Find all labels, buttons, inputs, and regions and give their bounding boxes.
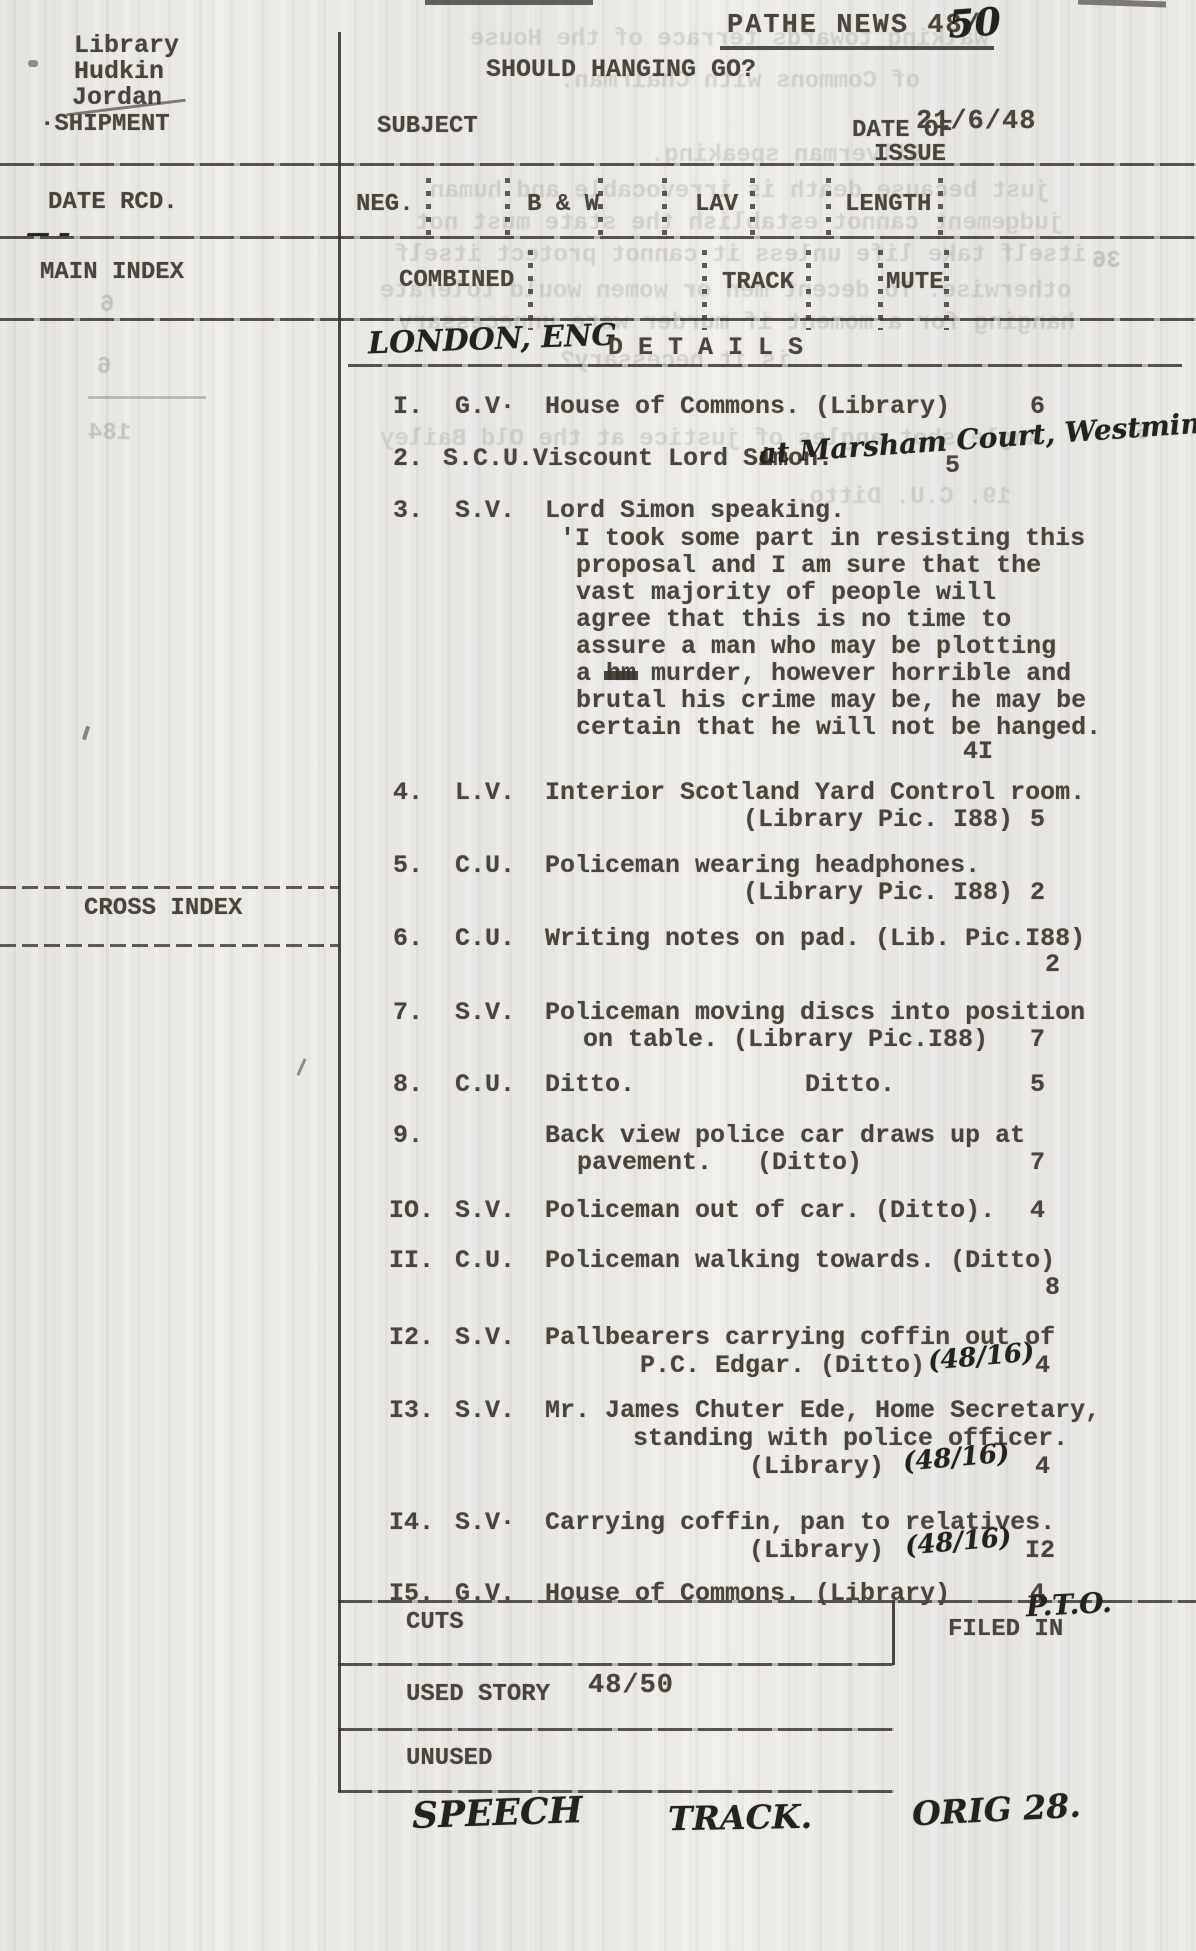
shot-length: 8: [1045, 1274, 1060, 1302]
tally-dots: [878, 250, 883, 330]
quote-line: vast majority of people will: [576, 579, 996, 607]
shot-number: I4.: [389, 1509, 434, 1537]
shot-description: Ditto.: [545, 1071, 635, 1099]
shot-code: S.V.: [455, 1197, 515, 1225]
track-note-handwritten: TRACK.: [668, 1797, 813, 1839]
ghost-dash: [88, 396, 206, 399]
shot-code: S.V.: [455, 497, 515, 525]
shot-length: 4: [1030, 1197, 1045, 1225]
issue-number-handwritten: 50: [946, 0, 1002, 47]
shot-length: 5: [1030, 806, 1045, 834]
ghost-number: 6: [100, 292, 114, 319]
shot-description: Writing notes on pad. (Lib. Pic.I88): [545, 925, 1085, 953]
tally-dots: [944, 250, 949, 330]
cuts-label: CUTS: [406, 1610, 464, 1636]
date-of-issue-value: 21/6/48: [916, 108, 1036, 138]
shot-code: S.V·: [455, 1509, 515, 1537]
footer-rule: [338, 1663, 894, 1666]
shot-number: II.: [389, 1247, 434, 1275]
tally-dots: [505, 178, 510, 236]
shot-number: 5.: [393, 852, 423, 880]
shot-description: Policeman moving discs into position: [545, 999, 1085, 1027]
shot-description-ditto: Ditto.: [805, 1071, 895, 1099]
tally-dots: [826, 178, 831, 236]
cross-index-rule-top: [0, 886, 340, 889]
bleedthrough-text: just because death is irrevocable and hu…: [430, 178, 1049, 205]
shot-length: 4: [1035, 1453, 1050, 1481]
shot-number: I3.: [389, 1397, 434, 1425]
shot-number: IO.: [389, 1197, 434, 1225]
shot-length: 4I: [963, 738, 993, 766]
shot-length: 7: [1030, 1149, 1045, 1177]
date-rcd-label: DATE RCD.: [48, 190, 178, 216]
shot-description: Policeman wearing headphones.: [545, 852, 980, 880]
tally-dots: [938, 178, 943, 236]
shot-number: 4.: [393, 779, 423, 807]
main-index-label: MAIN INDEX: [40, 260, 184, 286]
shot-number: 6.: [393, 925, 423, 953]
quote-line: 'I took some part in resisting this: [560, 525, 1085, 553]
shot-description: Policeman walking towards. (Ditto): [545, 1247, 1055, 1275]
ghost-number: 184: [88, 420, 131, 447]
used-story-label: USED STORY: [406, 1682, 550, 1708]
details-underline: [348, 364, 1182, 367]
shot-length: 5: [1030, 1071, 1045, 1099]
handwritten-dashes: — –: [26, 218, 70, 247]
shot-length: 7: [1030, 1026, 1045, 1054]
shot-description: Lord Simon speaking.: [545, 497, 845, 525]
pencil-tick: [296, 1058, 306, 1076]
shot-description: Policeman out of car. (Ditto).: [545, 1197, 995, 1225]
footer-rule: [338, 1728, 894, 1731]
shot-description: House of Commons. (Library): [545, 393, 950, 421]
cross-index-rule-bottom: [0, 944, 340, 947]
shot-source: (Library): [749, 1537, 884, 1565]
ink-speck: [28, 60, 38, 67]
track-note-handwritten: SPEECH: [411, 1789, 583, 1837]
typed-over-word: hm: [606, 659, 636, 688]
newsreel-title: PATHE NEWS 48/: [727, 12, 982, 42]
shot-number: 2.: [393, 445, 423, 473]
shot-code: C.U.: [455, 925, 515, 953]
tally-dots: [806, 250, 811, 330]
shot-length: 4: [1035, 1352, 1050, 1380]
column-divider-line: [338, 32, 341, 1792]
ghost-number: 36: [1092, 248, 1121, 275]
quote-line-with-correction: a hm murder, however horrible and: [576, 660, 1071, 688]
shot-source: (Library Pic. I88): [743, 879, 1013, 907]
title-underline: [720, 46, 994, 50]
shot-number: 7.: [393, 999, 423, 1027]
footer-divider-line: [892, 1600, 895, 1665]
tally-dots: [598, 178, 603, 236]
shot-number: 8.: [393, 1071, 423, 1099]
shot-description: House of Commons. (Library): [545, 1580, 950, 1608]
top-edge-mark: [425, 0, 593, 5]
shot-source: P.C. Edgar. (Ditto): [640, 1352, 925, 1380]
bleedthrough-text: itself take life unless it cannot protec…: [395, 242, 1086, 269]
quote-line: certain that he will not be hanged.: [576, 714, 1101, 742]
shot-source: pavement. (Ditto): [577, 1149, 862, 1177]
shot-length: 2: [1030, 879, 1045, 907]
cross-index-label: CROSS INDEX: [84, 896, 242, 922]
bleedthrough-text: judgement cannot establish the state mus…: [415, 210, 1063, 237]
filed-in-value-handwritten: P.T.O.: [1025, 1586, 1112, 1623]
shot-source: (Library): [749, 1453, 884, 1481]
used-story-value: 48/50: [588, 1672, 674, 1702]
shot-code: C.U.: [455, 1247, 515, 1275]
shot-code: C.U.: [455, 852, 515, 880]
shot-code: C.U.: [455, 1071, 515, 1099]
shot-number: I2.: [389, 1324, 434, 1352]
name-stack-line: Library: [74, 32, 179, 60]
ghost-number: 6: [97, 354, 111, 381]
quote-line: agree that this is no time to: [576, 606, 1011, 634]
tally-dots: [426, 178, 431, 236]
mute-label: MUTE: [886, 270, 944, 296]
subject-label: SUBJECT: [377, 114, 478, 140]
name-stack-line: Hudkin: [74, 58, 164, 86]
shot-code: G.V.: [455, 1580, 515, 1608]
bw-label: B & W: [527, 192, 599, 218]
shot-description: Interior Scotland Yard Control room.: [545, 779, 1085, 807]
lav-label: LAV: [695, 192, 738, 218]
track-label: TRACK: [722, 270, 794, 296]
shot-code: L.V.: [455, 779, 515, 807]
top-right-mark: [1078, 0, 1166, 8]
date-of-issue-label: ISSUE: [874, 142, 946, 168]
tally-dots: [528, 250, 533, 330]
footer-rule: [338, 1790, 894, 1793]
quote-pre: a: [576, 659, 606, 688]
tally-dots: [702, 250, 707, 330]
quote-line: proposal and I am sure that the: [576, 552, 1041, 580]
archive-index-card: walking towards terrace of the House of …: [0, 0, 1196, 1951]
shot-length: 2: [1045, 951, 1060, 979]
shot-description: Back view police car draws up at: [545, 1122, 1025, 1150]
horizontal-rule: [0, 163, 1196, 166]
shot-number: 9.: [393, 1122, 423, 1150]
orig-note-handwritten: ORIG 28.: [911, 1786, 1082, 1834]
shot-code: S.V.: [455, 1324, 515, 1352]
shot-source: (Library Pic. I88): [743, 806, 1013, 834]
shot-code: S.V.: [455, 999, 515, 1027]
unused-label: UNUSED: [406, 1746, 492, 1772]
shot-length: 6: [1030, 393, 1045, 421]
shot-source: on table. (Library Pic.I88): [583, 1026, 988, 1054]
combined-label: COMBINED: [399, 268, 514, 294]
shot-code: S.V.: [455, 1397, 515, 1425]
shot-number: 3.: [393, 497, 423, 525]
details-section-label: D E T A I L S: [608, 334, 803, 362]
length-label: LENGTH: [845, 192, 931, 218]
shot-number: I.: [393, 393, 423, 421]
tally-dots: [750, 178, 755, 236]
neg-label: NEG.: [356, 192, 414, 218]
pencil-tick: [82, 726, 90, 741]
horizontal-rule: [0, 236, 1196, 239]
quote-line: brutal his crime may be, he may be: [576, 687, 1086, 715]
shot-length: I2: [1025, 1537, 1055, 1565]
tally-dots: [662, 178, 667, 236]
name-stack-line: ·SHIPMENT: [40, 112, 170, 138]
shot-number: I5.: [389, 1580, 434, 1608]
quote-post: murder, however horrible and: [636, 659, 1071, 688]
quote-line: assure a man who may be plotting: [576, 633, 1056, 661]
story-title: SHOULD HANGING GO?: [486, 56, 756, 84]
shot-description: Mr. James Chuter Ede, Home Secretary,: [545, 1397, 1100, 1425]
shot-code: G.V·: [455, 393, 515, 421]
